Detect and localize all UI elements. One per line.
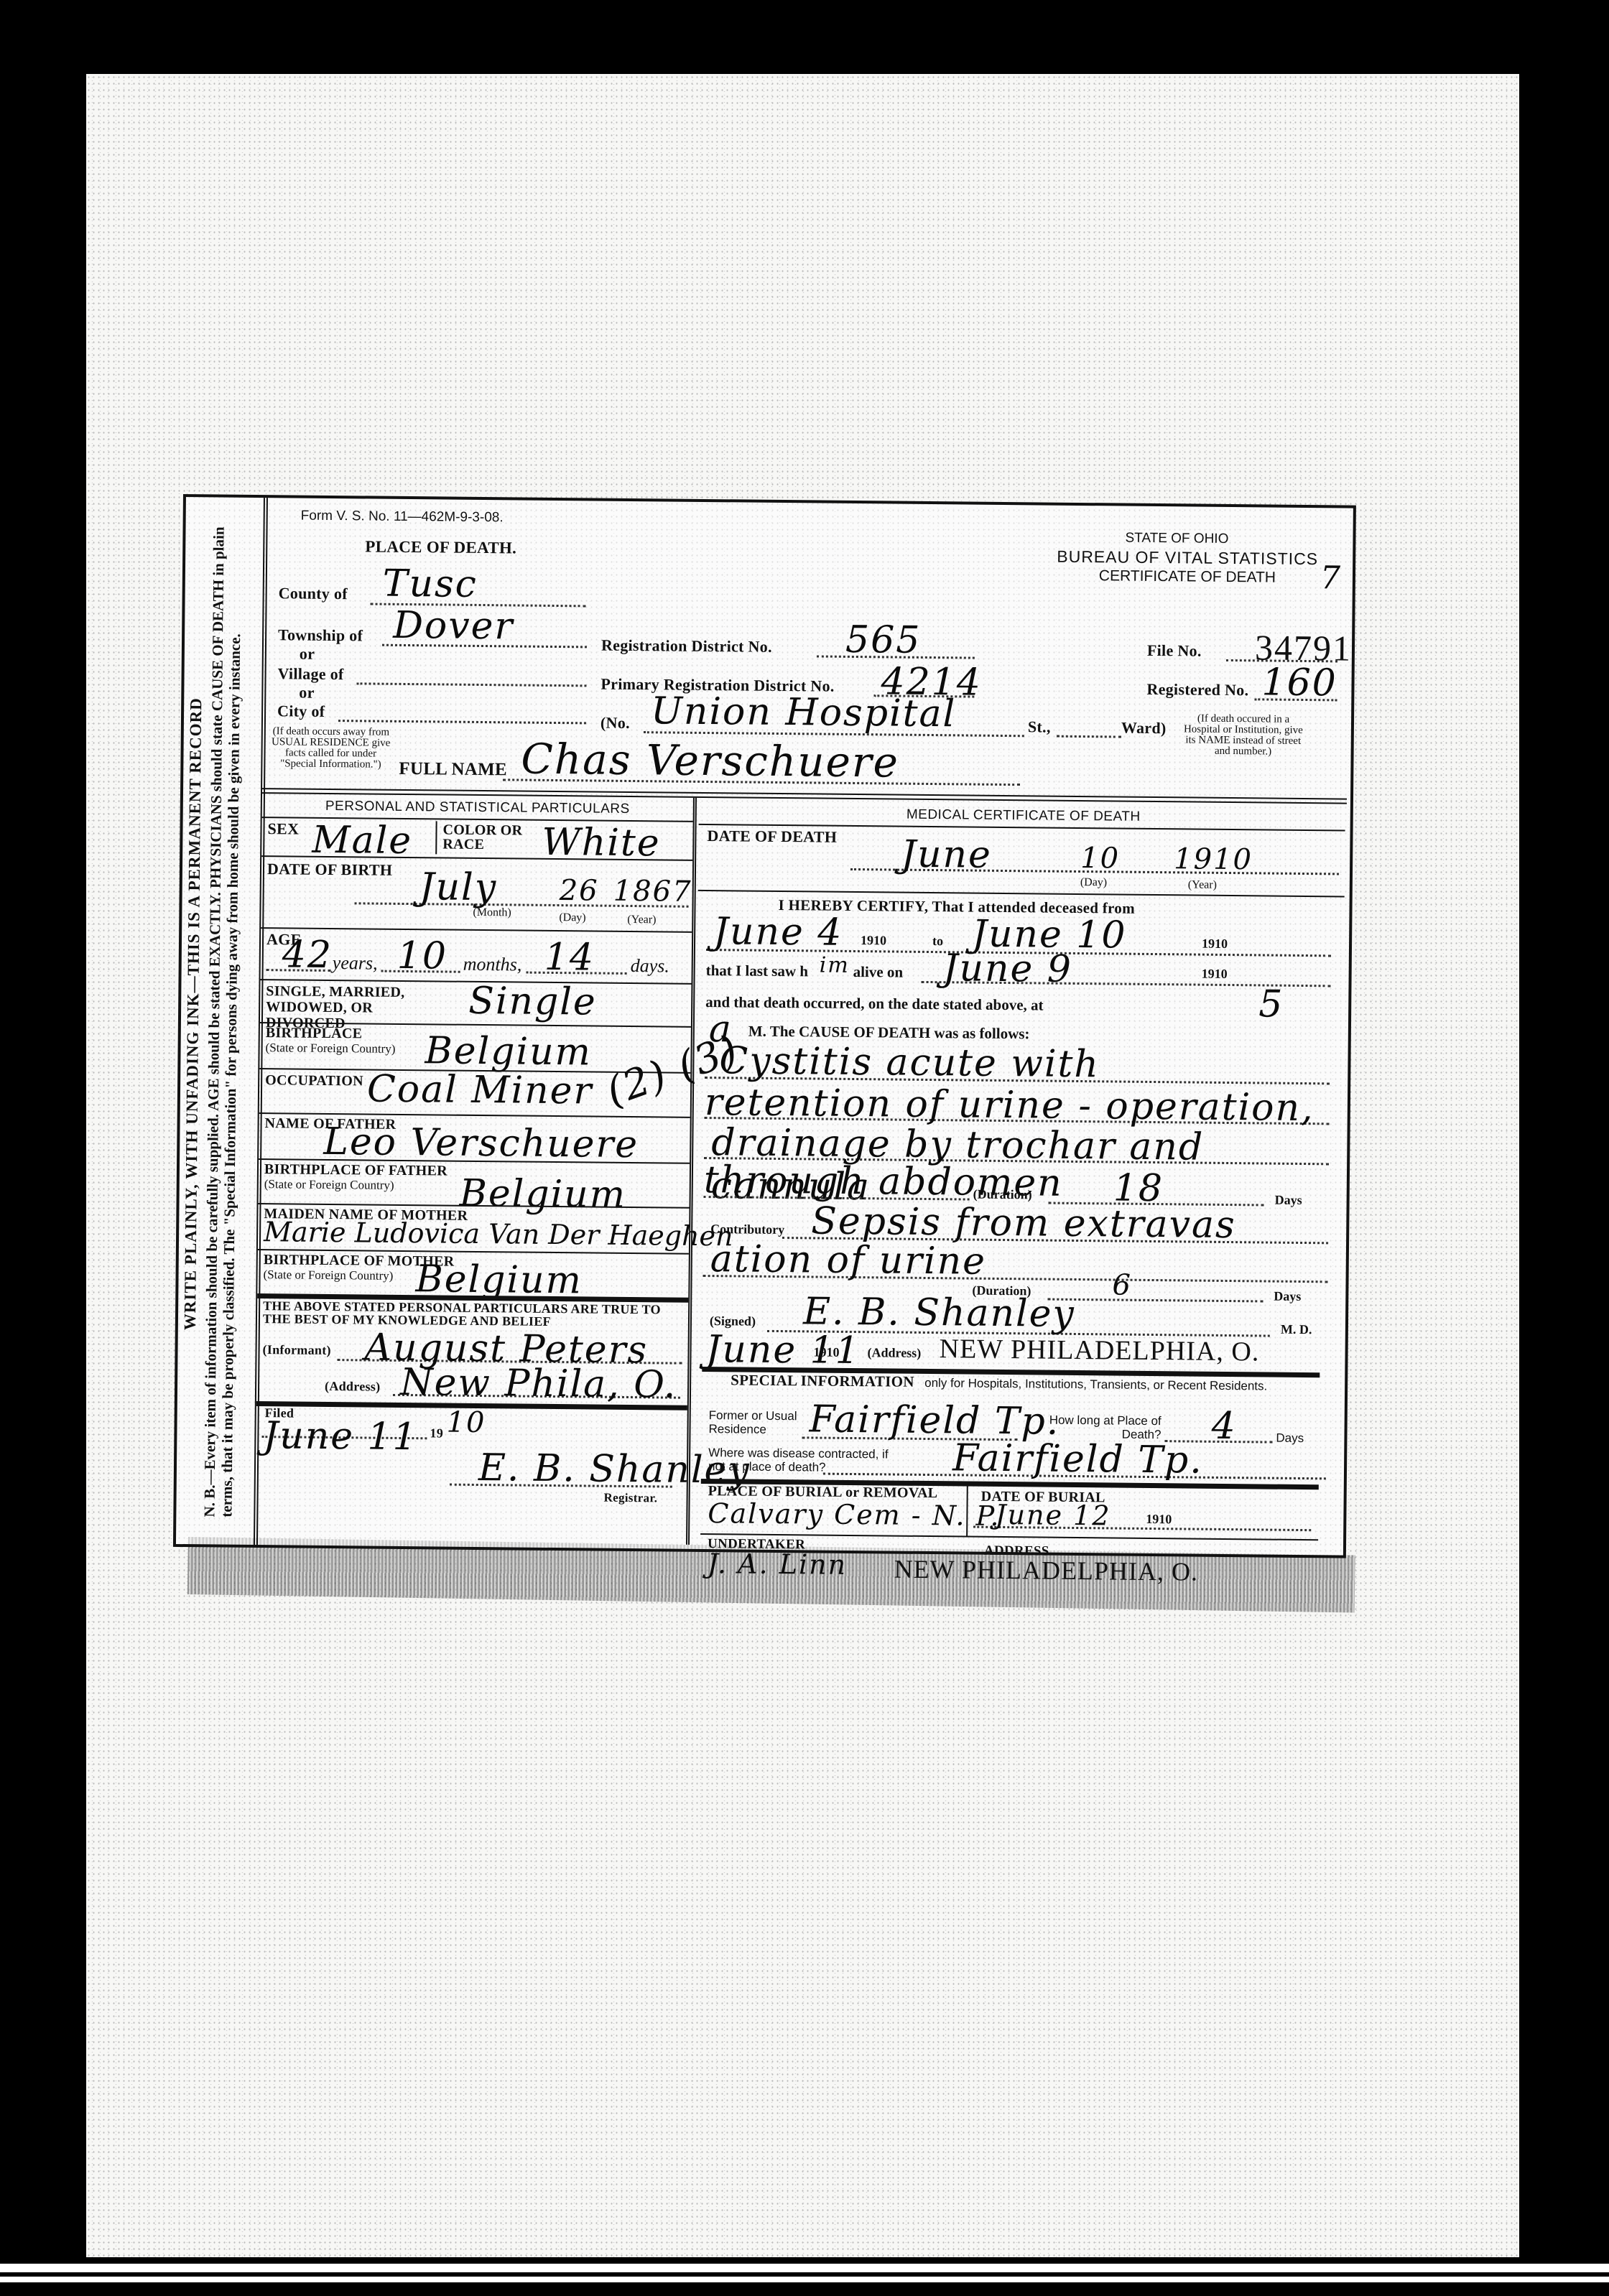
occupation-value: Coal Miner [367, 1067, 593, 1112]
scan-border [0, 2264, 1609, 2272]
street-label: St., [1028, 717, 1051, 736]
year-caption: (Year) [1188, 878, 1217, 891]
day-caption: (Day) [559, 911, 585, 924]
full-name-label: FULL NAME [399, 759, 507, 780]
dob-day: 26 [560, 874, 599, 908]
day-caption: (Day) [1080, 876, 1107, 889]
contributory-line: ation of urine [710, 1237, 987, 1283]
registered-no-value: 160 [1261, 661, 1337, 705]
dob-year: 1867 [613, 875, 692, 908]
last-saw-pronoun: im [820, 953, 850, 978]
contributory-label: Contributory [710, 1222, 784, 1237]
county-value: Tusc [383, 562, 478, 606]
contracted-value: Fairfield Tp. [952, 1436, 1203, 1482]
country-caption: (State or Foreign Country) [263, 1268, 393, 1283]
duration-label: (Duration) [973, 1187, 1032, 1203]
country-caption: (State or Foreign Country) [264, 1177, 394, 1193]
md-label: M. D. [1281, 1322, 1312, 1337]
month-caption: (Month) [473, 906, 511, 920]
age-days: 14 [544, 936, 595, 980]
filed-date: June 11 [263, 1414, 418, 1459]
contributory-duration: 6 [1112, 1268, 1132, 1301]
attended-to-year: 1910 [1202, 936, 1228, 952]
birthplace-value: Belgium [425, 1029, 592, 1074]
age-years: 42 [282, 933, 333, 977]
dod-year: 1910 [1174, 842, 1253, 876]
age-months: 10 [397, 934, 448, 978]
last-saw-label: that I last saw h [706, 962, 809, 980]
scan-border [0, 2277, 1609, 2282]
months-label: months, [463, 954, 522, 976]
signed-year: 1910 [813, 1344, 839, 1360]
dod-day: 10 [1080, 842, 1120, 875]
personal-heading: PERSONAL AND STATISTICAL PARTICULARS [262, 798, 693, 818]
certificate-title: CERTIFICATE OF DEATH [1033, 567, 1342, 587]
informant-label: (Informant) [262, 1342, 330, 1358]
margin-instructions: WRITE PLAINLY, WITH UNFADING INK—THIS IS… [176, 497, 268, 1545]
how-long-value: 4 [1211, 1405, 1237, 1448]
street-no-label: (No. [601, 714, 630, 733]
burial-place-value: Calvary Cem - N. P. [708, 1497, 1001, 1532]
years-label: years, [333, 952, 378, 975]
or-label: or [300, 645, 315, 664]
medical-heading: MEDICAL CERTIFICATE OF DEATH [700, 805, 1347, 827]
days-label: Days [1276, 1431, 1304, 1446]
place-of-death-heading: PLACE OF DEATH. [365, 537, 516, 557]
bureau-title: BUREAU OF VITAL STATISTICS [1033, 547, 1342, 569]
days-label: Days [1275, 1193, 1302, 1208]
state-title: STATE OF OHIO [1033, 529, 1320, 548]
attestation-text: THE ABOVE STATED PERSONAL PARTICULARS AR… [263, 1299, 680, 1329]
filed-year-prefix: 19 [430, 1426, 443, 1441]
attended-from-year: 1910 [861, 933, 886, 948]
informant-address-value: New Phila, O. [400, 1361, 677, 1407]
township-label: Township of [278, 626, 363, 645]
death-hour: 5 [1258, 982, 1284, 1026]
alive-on-label: alive on [853, 963, 904, 982]
form-number: Form V. S. No. 11—462M-9-3-08. [301, 508, 504, 526]
margin-mark: 7 [1320, 559, 1342, 596]
country-caption: (State or Foreign Country) [266, 1041, 396, 1056]
village-label: Village of [277, 664, 343, 684]
former-residence-label: Former or Usual Residence [708, 1408, 816, 1436]
cause-line: Cystitis acute with [719, 1039, 1100, 1086]
marital-value: Single [468, 980, 597, 1024]
burial-date-value: June 12 [995, 1499, 1111, 1532]
race-label: COLOR OR RACE [442, 822, 529, 852]
mother-value: Marie Ludovica Van Der Haeghen [264, 1216, 733, 1252]
days-label: days. [631, 955, 669, 977]
last-saw-date: June 9 [942, 947, 1072, 991]
physician-address-stamp: NEW PHILADELPHIA, O. [939, 1333, 1259, 1367]
institution-value: Union Hospital [651, 689, 957, 735]
sex-label: SEX [267, 819, 299, 838]
burial-year: 1910 [1146, 1512, 1172, 1527]
attended-from: June 4 [713, 910, 843, 954]
last-saw-year: 1910 [1202, 967, 1228, 982]
contracted-label: Where was disease contracted, if not at … [708, 1446, 895, 1474]
undertaker-address-stamp: NEW PHILADELPHIA, O. [894, 1554, 1198, 1587]
city-label: City of [277, 702, 325, 721]
county-label: County of [279, 584, 348, 603]
or-label: or [299, 684, 315, 702]
undertaker-value: J. A. Linn [708, 1548, 848, 1581]
registration-district-value: 565 [845, 618, 922, 662]
special-info-heading: SPECIAL INFORMATION [731, 1371, 914, 1390]
dob-month: July [419, 865, 497, 909]
physician-address-label: (Address) [867, 1345, 921, 1361]
dod-month: June [901, 833, 992, 877]
margin-note-instructions: N. B.—Every item of information should b… [200, 511, 260, 1518]
special-info-subheading: only for Hospitals, Institutions, Transi… [924, 1376, 1327, 1393]
birthplace-label: BIRTHPLACE [266, 1025, 363, 1042]
dob-label: DATE OF BIRTH [267, 860, 393, 880]
file-no-label: File No. [1147, 641, 1202, 661]
hospital-note: (If death occured in a Hospital or Insti… [1179, 713, 1309, 758]
death-certificate: WRITE PLAINLY, WITH UNFADING INK—THIS IS… [173, 494, 1356, 1558]
occupation-label: OCCUPATION [265, 1072, 363, 1089]
days-label: Days [1274, 1289, 1301, 1304]
ward-label: Ward) [1121, 719, 1167, 738]
registrar-label: Registrar. [604, 1491, 658, 1506]
registered-no-label: Registered No. [1146, 680, 1248, 700]
year-caption: (Year) [627, 914, 656, 926]
to-label: to [932, 934, 943, 949]
date-of-death-label: DATE OF DEATH [707, 827, 837, 847]
father-birthplace-value: Belgium [459, 1172, 626, 1217]
registration-district-label: Registration District No. [601, 636, 772, 656]
township-value: Dover [393, 604, 514, 649]
full-name-value: Chas Verschuere [521, 735, 899, 787]
informant-address-label: (Address) [325, 1379, 381, 1395]
signed-label: (Signed) [710, 1314, 756, 1329]
former-residence-value: Fairfield Tp. [809, 1398, 1059, 1443]
filed-year: 10 [446, 1406, 486, 1440]
death-time-label: and that death occurred, on the date sta… [705, 993, 1044, 1015]
residence-note: (If death occurs away from USUAL RESIDEN… [266, 726, 396, 771]
